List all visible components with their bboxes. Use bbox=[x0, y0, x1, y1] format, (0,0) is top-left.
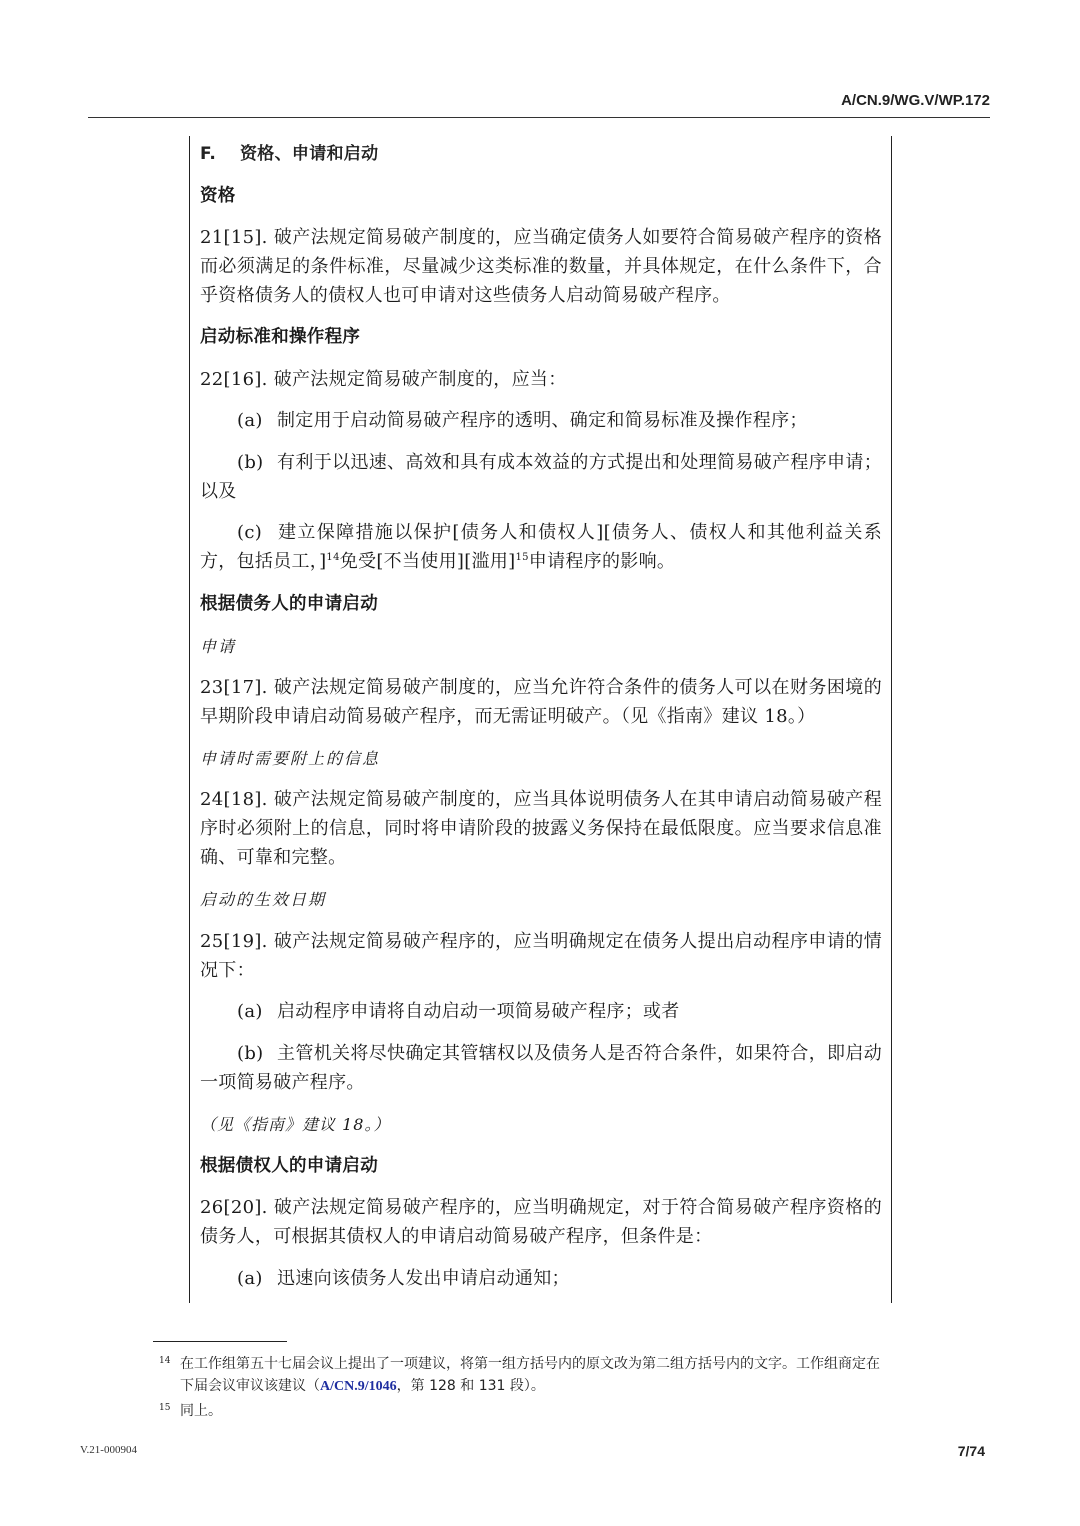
heading-effective-date: 启动的生效日期 bbox=[200, 885, 882, 914]
item-label: (a) bbox=[237, 406, 277, 435]
paragraph-25a: (a)启动程序申请将自动启动一项简易破产程序；或者 bbox=[200, 997, 882, 1026]
section-title: 资格、申请和启动 bbox=[240, 144, 378, 164]
paragraph-25: 25[19]. 破产法规定简易破产程序的，应当明确规定在债务人提出启动程序申请的… bbox=[200, 927, 882, 985]
footnote-rule bbox=[153, 1341, 287, 1342]
paragraph-25b: (b)主管机关将尽快确定其管辖权以及债务人是否符合条件，如果符合，即启动一项简易… bbox=[200, 1039, 882, 1097]
item-label: (b) bbox=[237, 1039, 277, 1068]
document-link[interactable]: A/CN.9/1046 bbox=[320, 1379, 397, 1394]
paragraph-22b: (b)有利于以迅速、高效和具有成本效益的方式提出和处理简易破产程序申请；以及 bbox=[200, 448, 882, 506]
paragraph-21: 21[15]. 破产法规定简易破产制度的，应当确定债务人如要符合简易破产程序的资… bbox=[200, 223, 882, 310]
paragraph-26: 26[20]. 破产法规定简易破产程序的，应当明确规定，对于符合简易破产程序资格… bbox=[200, 1193, 882, 1251]
paragraph-22: 22[16]. 破产法规定简易破产制度的，应当： bbox=[200, 365, 882, 394]
document-number: V.21-000904 bbox=[80, 1444, 137, 1456]
heading-creditor-application: 根据债权人的申请启动 bbox=[200, 1152, 882, 1181]
item-label: (c) bbox=[237, 518, 277, 547]
paragraph-23: 23[17]. 破产法规定简易破产制度的，应当允许符合条件的债务人可以在财务困境… bbox=[200, 673, 882, 731]
item-label: (a) bbox=[237, 997, 277, 1026]
document-symbol: A/CN.9/WG.V/WP.172 bbox=[841, 92, 990, 109]
footnote-ref-15[interactable]: 15 bbox=[515, 552, 528, 563]
paragraph-24: 24[18]. 破产法规定简易破产制度的，应当具体说明债务人在其申请启动简易破产… bbox=[200, 785, 882, 872]
footnote-14: 14 在工作组第五十七届会议上提出了一项建议，将第一组方括号内的原文改为第二组方… bbox=[180, 1353, 885, 1398]
heading-application: 申请 bbox=[200, 632, 882, 661]
section-letter: F. bbox=[200, 140, 240, 169]
header-rule bbox=[88, 117, 990, 118]
guide-reference: （见《指南》建议 18。） bbox=[200, 1110, 882, 1139]
heading-debtor-application: 根据债务人的申请启动 bbox=[200, 590, 882, 619]
heading-criteria: 启动标准和操作程序 bbox=[200, 323, 882, 352]
page-number: 7/74 bbox=[958, 1443, 985, 1459]
paragraph-22c: (c)建立保障措施以保护[债务人和债权人][债务人、债权人和其他利益关系方，包括… bbox=[200, 518, 882, 576]
section-heading: F.资格、申请和启动 bbox=[200, 140, 882, 169]
paragraph-26a: (a)迅速向该债务人发出申请启动通知； bbox=[200, 1264, 882, 1293]
paragraph-22a: (a)制定用于启动简易破产程序的透明、确定和简易标准及操作程序； bbox=[200, 406, 882, 435]
item-label: (a) bbox=[237, 1264, 277, 1293]
item-label: (b) bbox=[237, 448, 277, 477]
heading-info: 申请时需要附上的信息 bbox=[200, 744, 882, 773]
footnote-ref-14[interactable]: 14 bbox=[326, 552, 339, 563]
heading-eligibility: 资格 bbox=[200, 182, 882, 211]
footnote-15: 15 同上。 bbox=[180, 1400, 885, 1422]
